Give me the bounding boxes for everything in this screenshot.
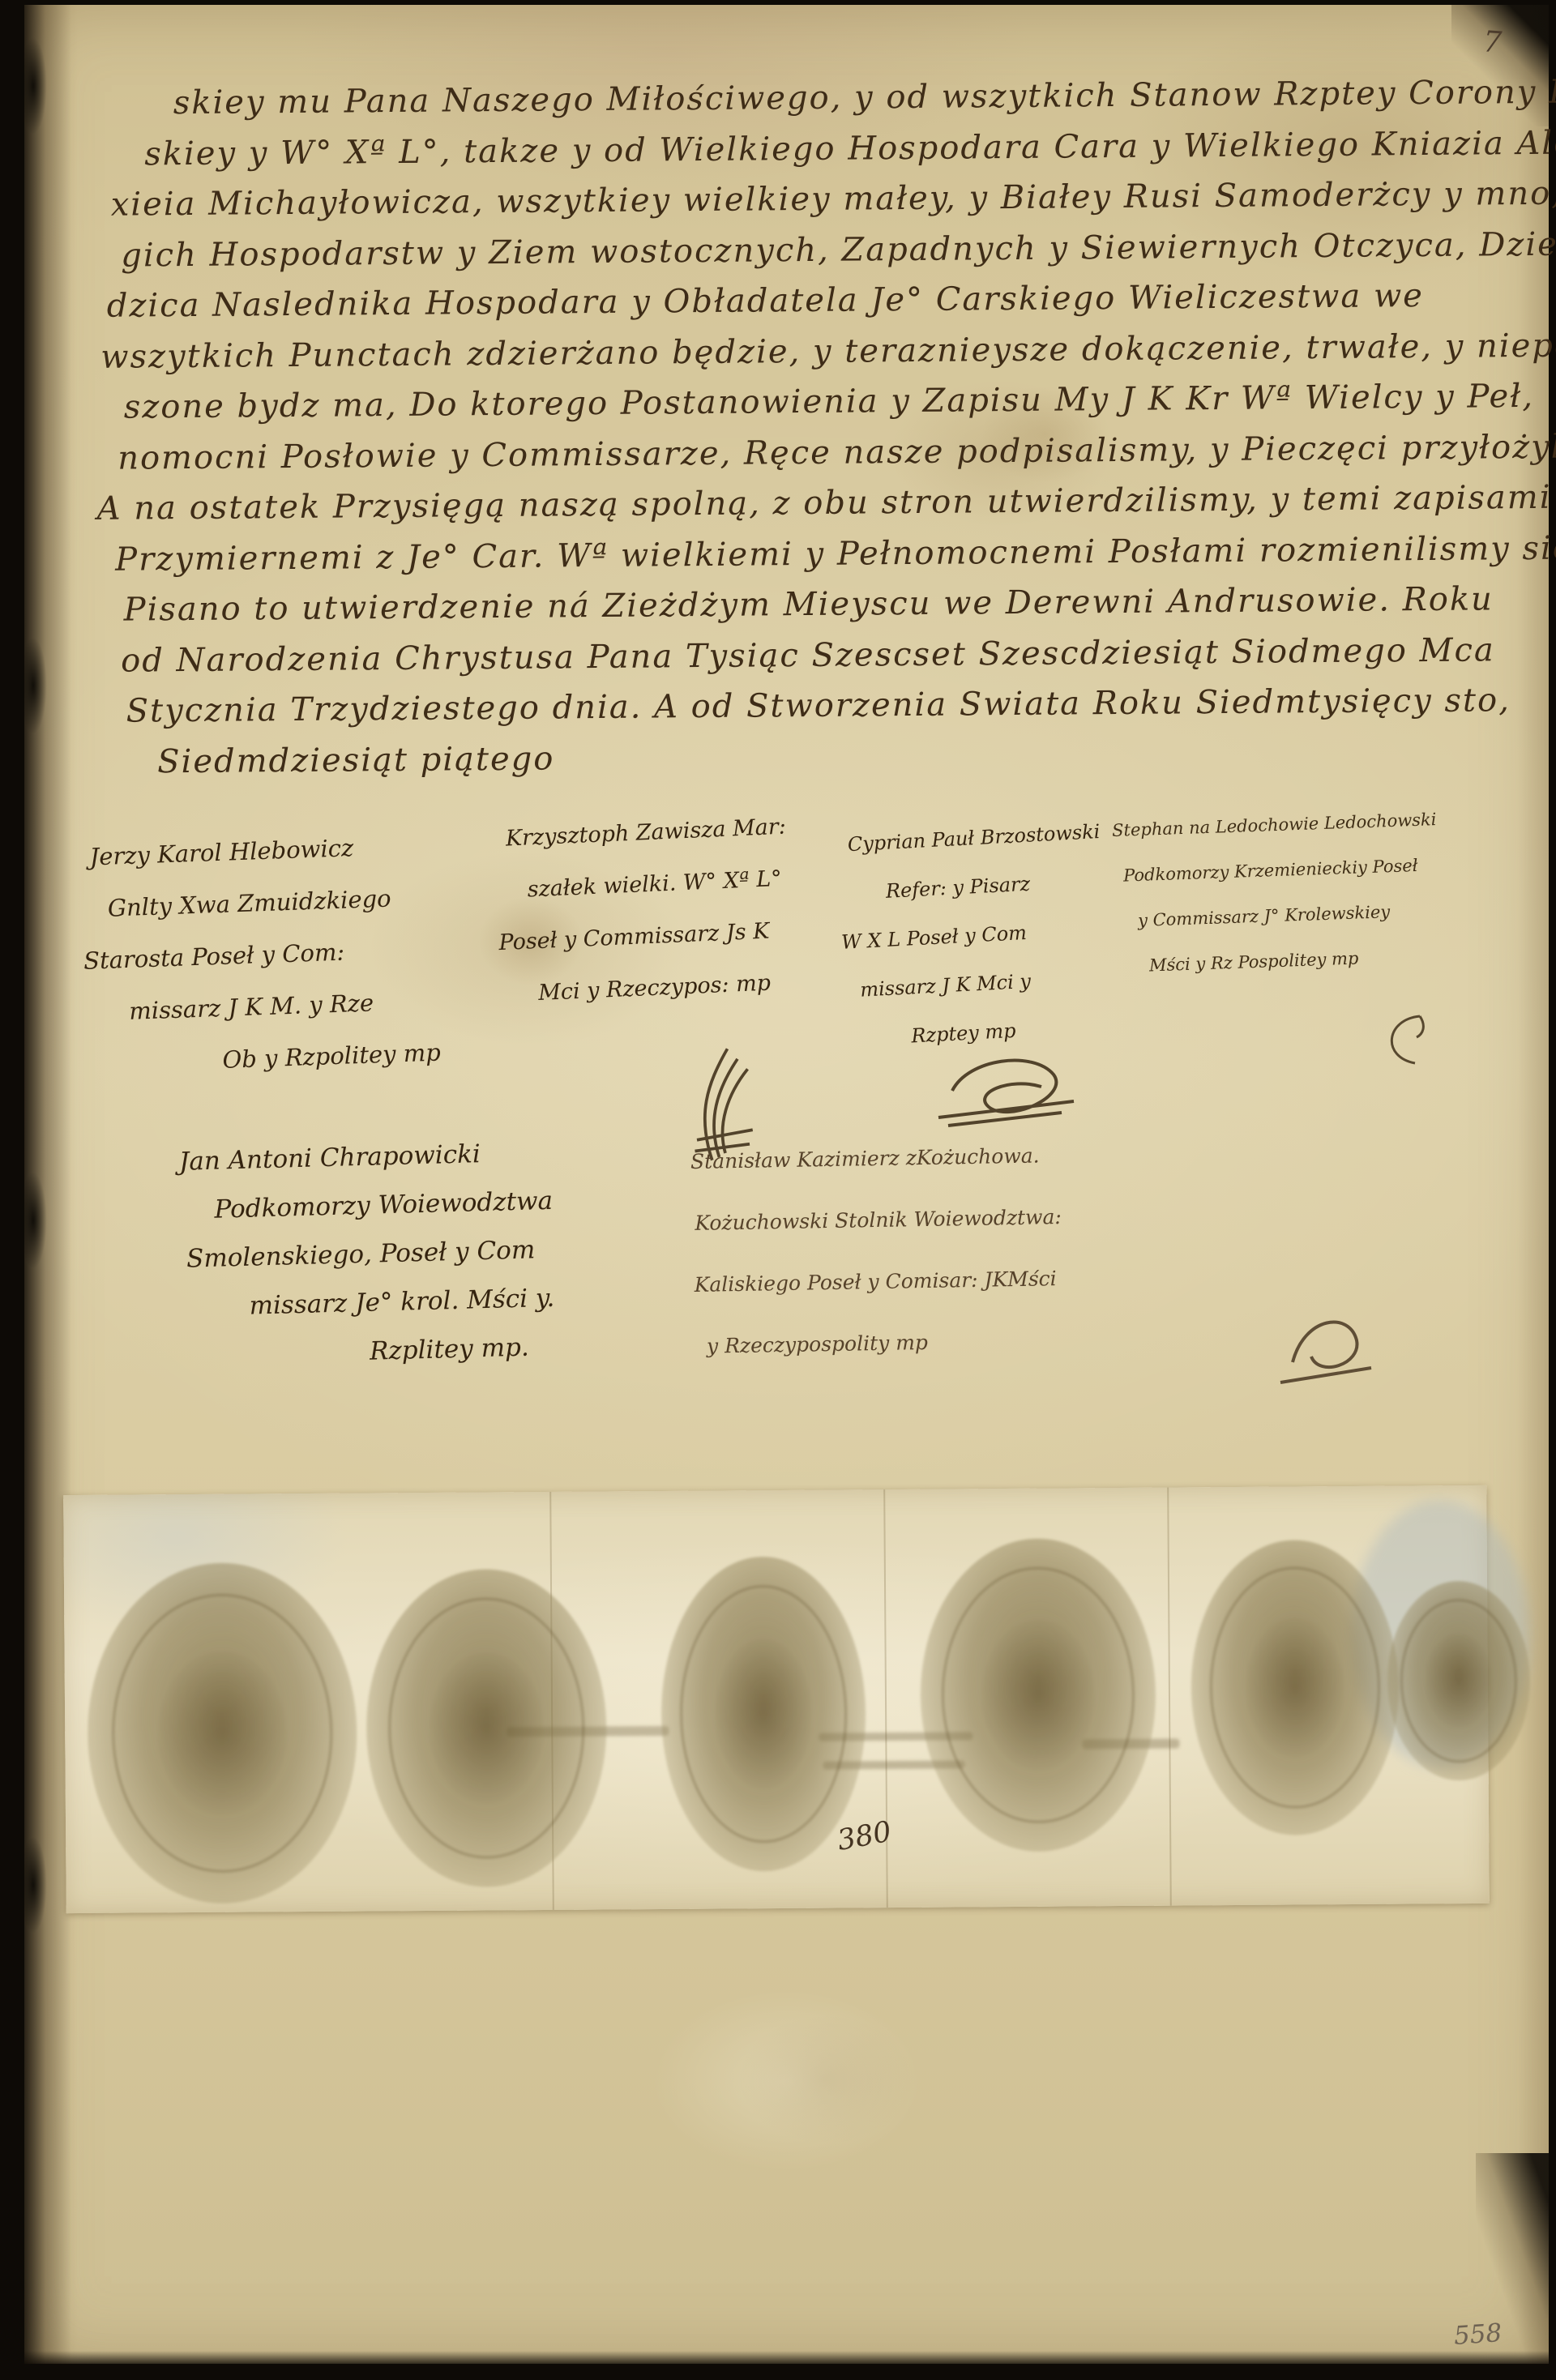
binding-knot-shadow [19,637,47,734]
signature-line: Podkomorzy Woiewodztwa [214,1177,554,1234]
signature-kozuchowski: Stanisław Kazimierz zKożuchowa. Kożuchow… [690,1125,1064,1378]
seal-strip: 380 [63,1485,1490,1913]
signature-line: Mci y Rzeczypos: mp [537,956,794,1019]
binding-knot-shadow [19,1836,47,1933]
parchment-sheet: 7 skiey mu Pana Naszego Miłościwego, y o… [24,5,1549,2364]
signature-brzostowski: Cyprian Pauł Brzostowski Refer: y Pisarz… [846,807,1111,1063]
signature-line: Kożuchowski Stolnik Woiewodztwa: [695,1186,1062,1254]
seal-strip-number: 380 [835,1816,894,1857]
document-body-text: skiey mu Pana Naszego Miłościwego, y od … [99,74,1515,794]
signature-line: Kaliskiego Poseł y Comisar: JKMści [694,1248,1063,1316]
wax-seal-impression-4 [920,1538,1157,1852]
signature-ledochowski: Stephan na Ledochowie Ledochowski Podkom… [1111,797,1442,989]
manuscript-page-scan: 7 skiey mu Pana Naszego Miłościwego, y o… [0,0,1556,2380]
signature-line: Stanisław Kazimierz zKożuchowa. [690,1125,1061,1193]
wax-seal-impression-2 [365,1568,608,1887]
paper-stain [737,2015,916,2144]
binding-knot-shadow [19,37,47,135]
body-line: Siedmdziesiąt piątego [157,733,1514,794]
signature-line: missarz Je° krol. Mści y. [249,1274,556,1331]
signature-line: Rzplitey mp. [369,1322,557,1376]
wax-seal-impression-1 [87,1562,358,1904]
strip-fold-line [1167,1488,1172,1906]
binding-knot-shadow [19,1172,47,1269]
folio-number: 7 [1482,25,1503,59]
wax-seal-impression-6 [1387,1581,1531,1781]
paraph-flourish [932,1046,1086,1135]
page-edge-shadow-bottom [24,2351,1549,2364]
signature-chrapowicki: Jan Antoni Chrapowicki Podkomorzy Woiewo… [165,1128,557,1381]
signature-line: Mści y Rz Pospolitey mp [1148,933,1442,989]
archive-page-number: 558 [1453,2318,1503,2351]
signature-hlebowicz: Jerzy Karol Hlebowicz Gnlty Xwa Zmuidzki… [89,819,442,1091]
wax-seal-impression-5 [1191,1540,1400,1836]
signature-zawisza: Krzysztoph Zawisza Mar: szałek wielki. W… [505,801,794,1021]
paraph-flourish [1272,1301,1378,1391]
signature-line: Ob y Rzpolitey mp [221,1027,441,1086]
paraph-flourish [1370,1010,1443,1075]
signature-line: y Rzeczypospolity mp [706,1310,1064,1378]
